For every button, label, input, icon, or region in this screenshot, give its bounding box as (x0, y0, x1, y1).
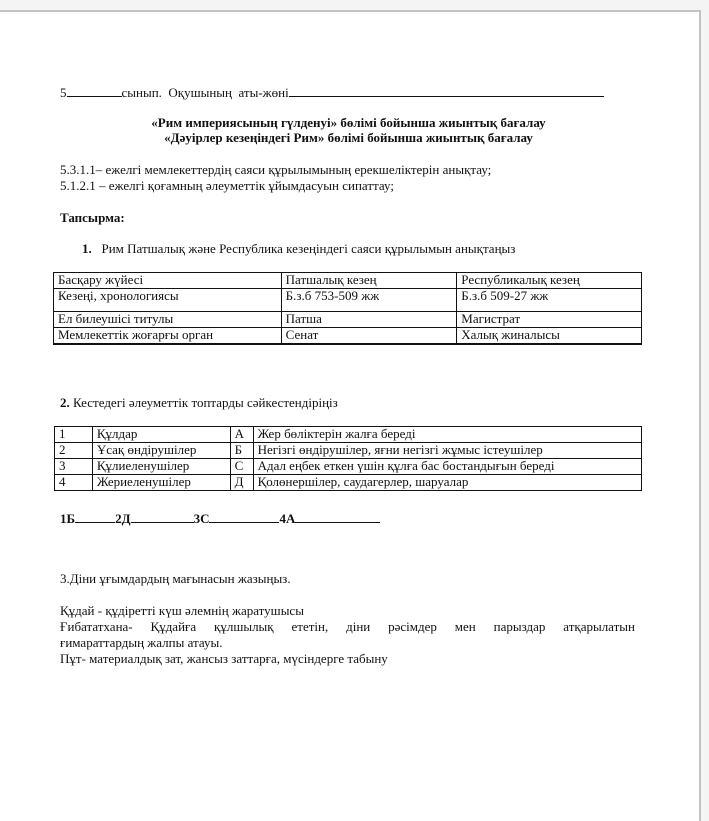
row-number: 4 (55, 475, 93, 491)
table-cell: Б.з.б 509-27 жж (457, 289, 642, 312)
table-cell: Патша (281, 312, 457, 328)
answer-3: 3С (194, 511, 210, 526)
task3-heading: 3.Діни ұғымдардың мағынасын жазыңыз. (60, 571, 291, 586)
student-header: 5сынып. Оқушының аты-жөні (60, 84, 604, 100)
table-row: 2 Ұсақ өндірушілер Б Негізгі өндірушілер… (55, 443, 642, 459)
task3-line-3: ғимараттардың жалпы атауы. (60, 635, 222, 650)
answer-1: 1Б (60, 511, 75, 526)
group-name: Құлиеленушілер (92, 459, 230, 475)
row-number: 3 (55, 459, 93, 475)
political-structure-table: Басқару жүйесі Патшалық кезең Республика… (53, 272, 642, 345)
task1-text: Рим Патшалық және Республика кезеңіндегі… (102, 241, 516, 256)
letter: Д (230, 475, 253, 491)
description: Жер бөліктерін жалға береді (253, 427, 641, 443)
table-cell: Халық жиналысы (457, 328, 642, 345)
table-row: 4 Жериеленушілер Д Қолөнершілер, саудаге… (55, 475, 642, 491)
task3-line-4: Пұт- материалдық зат, жансыз заттарға, м… (60, 651, 388, 666)
task2-answers: 1Б2Д3С4А (60, 510, 380, 526)
grade-blank[interactable] (67, 84, 122, 97)
answer-blank[interactable] (209, 510, 279, 523)
group-name: Ұсақ өндірушілер (92, 443, 230, 459)
task1-prompt: 1. Рим Патшалық және Республика кезеңінд… (82, 241, 515, 256)
table-row: 3 Құлиеленушілер С Адал еңбек еткен үшін… (55, 459, 642, 475)
table-cell: Ел билеушісі титулы (54, 312, 282, 328)
table-cell: Сенат (281, 328, 457, 345)
letter: Б (230, 443, 253, 459)
table-cell: Мемлекеттік жоғарғы орган (54, 328, 282, 345)
table-header-cell: Басқару жүйесі (54, 273, 282, 289)
task2-prompt: 2. Кестедегі әлеуметтік топтарды сәйкест… (60, 395, 338, 410)
answer-2: 2Д (115, 511, 130, 526)
table-row: Кезеңі, хронологиясы Б.з.б 753-509 жж Б.… (54, 289, 642, 312)
description: Адал еңбек еткен үшін құлға бас бостанды… (253, 459, 641, 475)
grade-label: сынып. (122, 85, 162, 100)
table-row: Ел билеушісі титулы Патша Магистрат (54, 312, 642, 328)
table-header-cell: Патшалық кезең (281, 273, 457, 289)
task3-line-2: Ғибататхана- Құдайға құлшылық ететін, ді… (60, 619, 635, 634)
title-1: «Рим империясының гүлденуі» бөлімі бойын… (0, 115, 703, 130)
table-header-row: Басқару жүйесі Патшалық кезең Республика… (54, 273, 642, 289)
task2-number: 2. (60, 395, 70, 410)
letter: С (230, 459, 253, 475)
task2-text: Кестедегі әлеуметтік топтарды сәйкестенд… (73, 395, 338, 410)
student-name-blank[interactable] (289, 84, 604, 97)
task3-line-1: Құдай - құдіретті күш әлемнің жаратушысы (60, 603, 304, 618)
objective-1: 5.3.1.1– ежелгі мемлекеттердің саяси құр… (60, 162, 491, 177)
row-number: 1 (55, 427, 93, 443)
social-groups-table: 1 Құлдар А Жер бөліктерін жалға береді 2… (54, 426, 642, 491)
description: Негізгі өндірушілер, яғни негізгі жұмыс … (253, 443, 641, 459)
row-number: 2 (55, 443, 93, 459)
task-heading: Тапсырма: (60, 210, 125, 225)
answer-blank[interactable] (131, 510, 194, 523)
letter: А (230, 427, 253, 443)
title-2: «Дәуірлер кезеңіндегі Рим» бөлімі бойынш… (0, 130, 703, 145)
table-row: 1 Құлдар А Жер бөліктерін жалға береді (55, 427, 642, 443)
answer-blank[interactable] (295, 510, 380, 523)
table-row: Мемлекеттік жоғарғы орган Сенат Халық жи… (54, 328, 642, 345)
objective-2: 5.1.2.1 – ежелгі қоғамның әлеуметтік ұйы… (60, 178, 394, 193)
student-name-label: Оқушының аты-жөні (168, 85, 288, 100)
table-header-cell: Республикалық кезең (457, 273, 642, 289)
answer-4: 4А (279, 511, 295, 526)
answer-blank[interactable] (75, 510, 115, 523)
group-name: Құлдар (92, 427, 230, 443)
table-cell: Б.з.б 753-509 жж (281, 289, 457, 312)
table-cell: Магистрат (457, 312, 642, 328)
description: Қолөнершілер, саудагерлер, шаруалар (253, 475, 641, 491)
group-name: Жериеленушілер (92, 475, 230, 491)
task1-number: 1. (82, 241, 92, 256)
table-cell: Кезеңі, хронологиясы (54, 289, 282, 312)
